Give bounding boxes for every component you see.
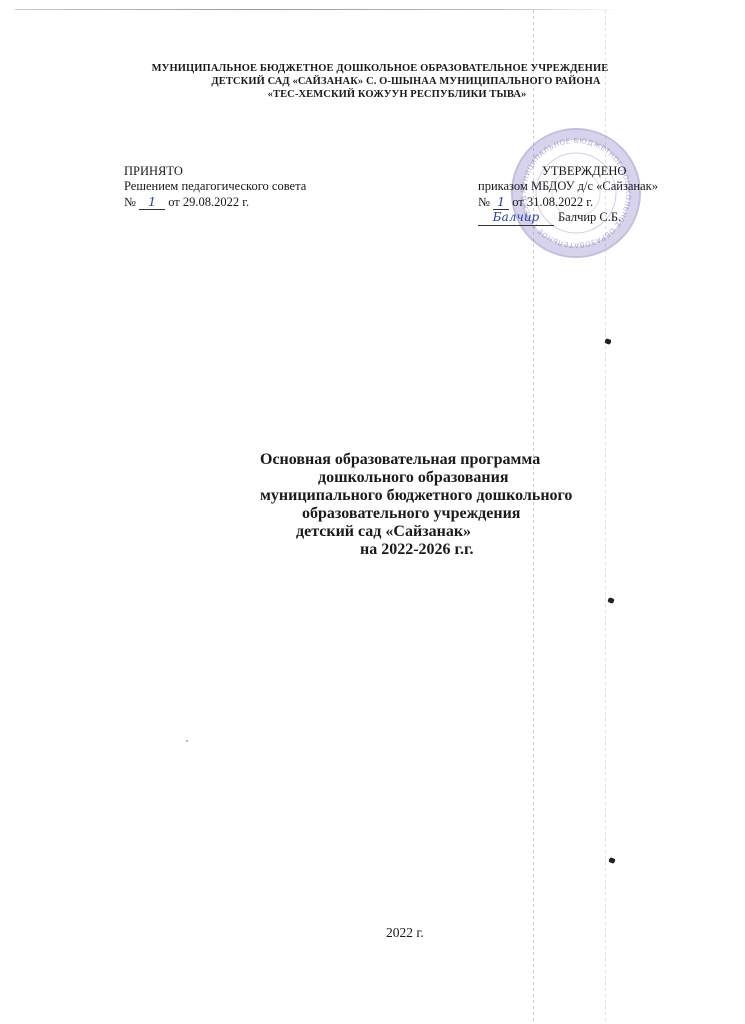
number-sign: № xyxy=(478,195,490,209)
title-line: на 2022-2026 г.г. xyxy=(250,541,670,559)
binding-hole-mark xyxy=(608,857,615,864)
signature-line: БалчирБалчир С.Б. xyxy=(478,210,658,226)
document-year: 2022 г. xyxy=(386,925,424,941)
header-line: ДЕТСКИЙ САД «САЙЗАНАК» С. О-ШЫНАА МУНИЦИ… xyxy=(60,75,700,88)
title-line: детский сад «Сайзанак» xyxy=(250,523,670,541)
binding-hole-mark xyxy=(607,597,614,604)
approved-date: от 31.08.2022 г. xyxy=(512,195,593,209)
number-sign: № xyxy=(124,195,136,209)
approved-number-line: № 1 от 31.08.2022 г. xyxy=(478,194,658,210)
accepted-title: ПРИНЯТО xyxy=(124,164,306,179)
accepted-block: ПРИНЯТО Решением педагогического совета … xyxy=(124,164,306,210)
handwritten-number: 1 xyxy=(493,194,509,210)
title-line: образовательного учреждения xyxy=(250,505,670,523)
title-line: муниципального бюджетного дошкольного xyxy=(250,487,670,505)
header-line: МУНИЦИПАЛЬНОЕ БЮДЖЕТНОЕ ДОШКОЛЬНОЕ ОБРАЗ… xyxy=(60,62,700,75)
accepted-council: Решением педагогического совета xyxy=(124,179,306,194)
header-line: «ТЕС-ХЕМСКИЙ КОЖУУН РЕСПУБЛИКИ ТЫВА» xyxy=(60,88,700,101)
accepted-date: от 29.08.2022 г. xyxy=(168,195,249,209)
organization-header: МУНИЦИПАЛЬНОЕ БЮДЖЕТНОЕ ДОШКОЛЬНОЕ ОБРАЗ… xyxy=(60,62,700,101)
approved-order: приказом МБДОУ д/с «Сайзанак» xyxy=(478,179,658,194)
document-title: Основная образовательная программа дошко… xyxy=(250,451,670,559)
approved-title: УТВЕРЖДЕНО xyxy=(478,164,658,179)
accepted-number-line: № 1 от 29.08.2022 г. xyxy=(124,194,306,210)
signer-name: Балчир С.Б. xyxy=(558,210,621,224)
title-line: дошкольного образования xyxy=(250,469,670,487)
handwritten-signature: Балчир xyxy=(478,210,554,226)
scan-speck xyxy=(186,740,188,742)
handwritten-number: 1 xyxy=(139,194,165,210)
title-line: Основная образовательная программа xyxy=(250,451,670,469)
approved-block: УТВЕРЖДЕНО приказом МБДОУ д/с «Сайзанак»… xyxy=(478,164,658,226)
